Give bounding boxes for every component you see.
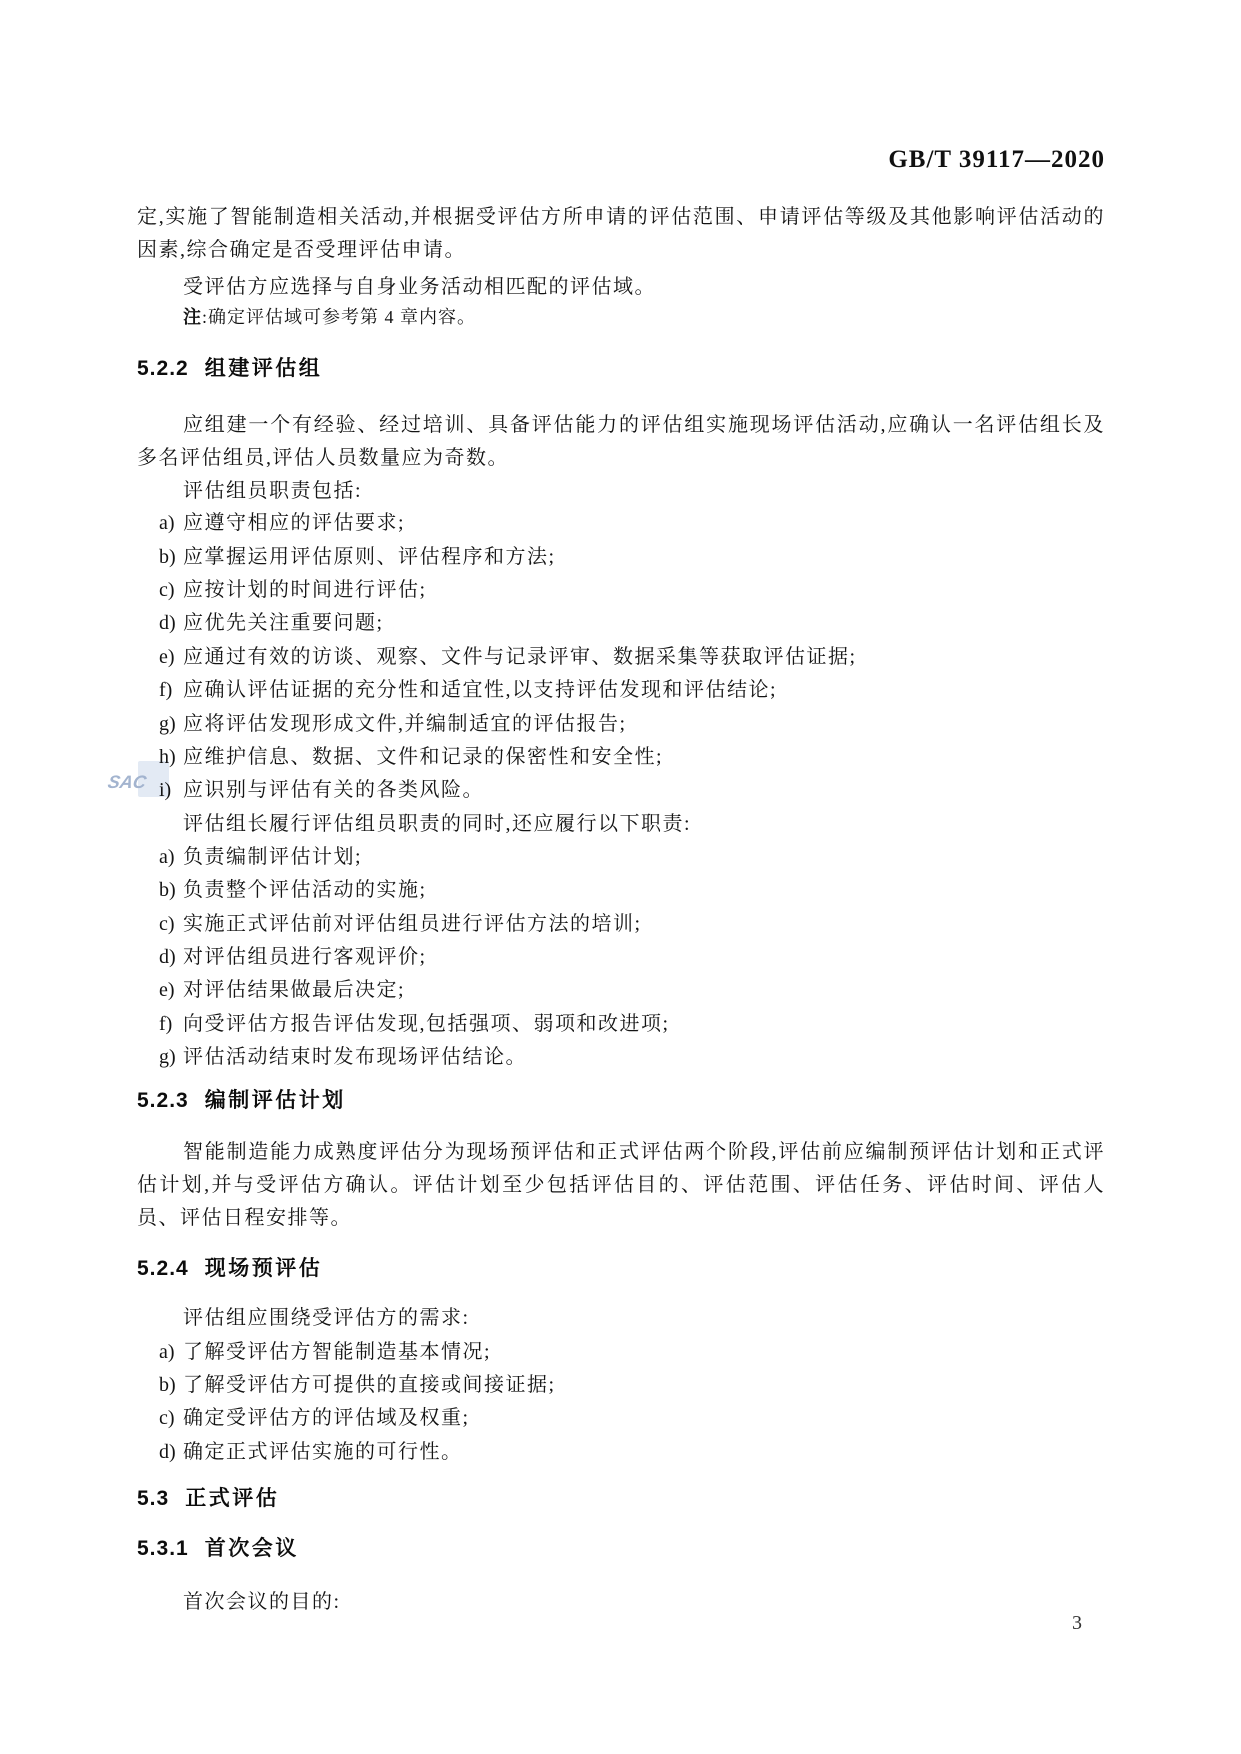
list-item: b)应掌握运用评估原则、评估程序和方法;	[137, 541, 1127, 574]
list-item: a)了解受评估方智能制造基本情况;	[137, 1336, 1127, 1369]
note-label: 注	[183, 307, 202, 327]
list-marker: b)	[159, 1369, 183, 1402]
list-marker: d)	[159, 941, 183, 974]
list-item: d)对评估组员进行客观评价;	[137, 941, 1127, 974]
list-text: 确定受评估方的评估域及权重;	[183, 1407, 470, 1429]
section-heading-5-3: 5.3正式评估	[137, 1484, 1105, 1514]
list-text: 实施正式评估前对评估组员进行评估方法的培训;	[183, 913, 642, 935]
section-number: 5.3.1	[137, 1537, 189, 1560]
list-item: f)向受评估方报告评估发现,包括强项、弱项和改进项;	[137, 1008, 1127, 1041]
list-item: c)实施正式评估前对评估组员进行评估方法的培训;	[137, 908, 1127, 941]
list-text: 应识别与评估有关的各类风险。	[183, 779, 484, 801]
list-item: g)评估活动结束时发布现场评估结论。	[137, 1041, 1127, 1074]
list-marker: h)	[159, 741, 183, 774]
section-number: 5.3	[137, 1487, 169, 1510]
list-marker: f)	[159, 674, 183, 707]
paragraph-leader-duties-intro: 评估组长履行评估组员职责的同时,还应履行以下职责:	[137, 808, 1105, 841]
section-heading-5-2-3: 5.2.3编制评估计划	[137, 1086, 1105, 1116]
list-marker: a)	[159, 841, 183, 874]
list-item: c)应按计划的时间进行评估;	[137, 574, 1127, 607]
list-marker: a)	[159, 507, 183, 540]
section-title: 编制评估计划	[205, 1089, 346, 1112]
list-marker: d)	[159, 607, 183, 640]
paragraph-assessment-team: 应组建一个有经验、经过培训、具备评估能力的评估组实施现场评估活动,应确认一名评估…	[137, 409, 1105, 475]
document-page: GB/T 39117—2020 SAC 定,实施了智能制造相关活动,并根据受评估…	[0, 0, 1241, 1754]
list-text: 应优先关注重要问题;	[183, 612, 384, 634]
list-text: 应将评估发现形成文件,并编制适宜的评估报告;	[183, 713, 627, 735]
paragraph-member-duties-intro: 评估组员职责包括:	[137, 475, 1105, 508]
section-title: 现场预评估	[205, 1257, 323, 1280]
list-marker: g)	[159, 1041, 183, 1074]
list-item: a)应遵守相应的评估要求;	[137, 507, 1127, 540]
list-marker: a)	[159, 1336, 183, 1369]
section-number: 5.2.2	[137, 357, 189, 380]
list-item: h)应维护信息、数据、文件和记录的保密性和安全性;	[137, 741, 1127, 774]
section-number: 5.2.4	[137, 1257, 189, 1280]
list-marker: f)	[159, 1008, 183, 1041]
page-number: 3	[1072, 1612, 1082, 1635]
list-text: 应按计划的时间进行评估;	[183, 579, 427, 601]
list-item: b)负责整个评估活动的实施;	[137, 874, 1127, 907]
list-marker: g)	[159, 708, 183, 741]
list-text: 向受评估方报告评估发现,包括强项、弱项和改进项;	[183, 1013, 670, 1035]
list-text: 评估活动结束时发布现场评估结论。	[183, 1046, 527, 1068]
paragraph-intro-continued: 定,实施了智能制造相关活动,并根据受评估方所申请的评估范围、申请评估等级及其他影…	[137, 201, 1105, 267]
list-marker: b)	[159, 874, 183, 907]
section-heading-5-2-2: 5.2.2组建评估组	[137, 354, 1105, 384]
list-marker: c)	[159, 1402, 183, 1435]
standard-code-header: GB/T 39117—2020	[888, 146, 1105, 174]
section-title: 正式评估	[185, 1487, 279, 1510]
list-text: 应遵守相应的评估要求;	[183, 512, 405, 534]
list-item: f)应确认评估证据的充分性和适宜性,以支持评估发现和评估结论;	[137, 674, 1127, 707]
list-text: 了解受评估方可提供的直接或间接证据;	[183, 1374, 556, 1396]
list-item: c)确定受评估方的评估域及权重;	[137, 1402, 1127, 1435]
list-item: d)应优先关注重要问题;	[137, 607, 1127, 640]
section-heading-5-3-1: 5.3.1首次会议	[137, 1534, 1105, 1564]
list-text: 负责整个评估活动的实施;	[183, 879, 427, 901]
section-number: 5.2.3	[137, 1089, 189, 1112]
paragraph-first-meeting-intro: 首次会议的目的:	[137, 1586, 1105, 1619]
list-marker: b)	[159, 541, 183, 574]
note-text: :确定评估域可参考第 4 章内容。	[202, 307, 476, 327]
paragraph-select-domain: 受评估方应选择与自身业务活动相匹配的评估域。	[137, 271, 1105, 304]
section-title: 组建评估组	[205, 357, 323, 380]
list-item: d)确定正式评估实施的可行性。	[137, 1436, 1127, 1469]
list-item: e)对评估结果做最后决定;	[137, 974, 1127, 1007]
list-text: 对评估结果做最后决定;	[183, 979, 405, 1001]
paragraph-assessment-plan: 智能制造能力成熟度评估分为现场预评估和正式评估两个阶段,评估前应编制预评估计划和…	[137, 1136, 1105, 1235]
list-marker: e)	[159, 974, 183, 1007]
note: 注:确定评估域可参考第 4 章内容。	[137, 304, 1151, 330]
list-text: 了解受评估方智能制造基本情况;	[183, 1341, 491, 1363]
list-marker: d)	[159, 1436, 183, 1469]
list-marker: c)	[159, 574, 183, 607]
list-item: i)应识别与评估有关的各类风险。	[137, 774, 1127, 807]
section-title: 首次会议	[205, 1537, 299, 1560]
list-text: 确定正式评估实施的可行性。	[183, 1441, 463, 1463]
list-marker: i)	[159, 774, 183, 807]
section-heading-5-2-4: 5.2.4现场预评估	[137, 1254, 1105, 1284]
list-item: a)负责编制评估计划;	[137, 841, 1127, 874]
list-text: 负责编制评估计划;	[183, 846, 362, 868]
list-text: 应通过有效的访谈、观察、文件与记录评审、数据采集等获取评估证据;	[183, 646, 857, 668]
list-text: 对评估组员进行客观评价;	[183, 946, 427, 968]
list-marker: c)	[159, 908, 183, 941]
list-text: 应掌握运用评估原则、评估程序和方法;	[183, 546, 556, 568]
list-item: b)了解受评估方可提供的直接或间接证据;	[137, 1369, 1127, 1402]
list-marker: e)	[159, 641, 183, 674]
paragraph-pre-assessment-intro: 评估组应围绕受评估方的需求:	[137, 1302, 1105, 1335]
list-text: 应维护信息、数据、文件和记录的保密性和安全性;	[183, 746, 663, 768]
list-item: e)应通过有效的访谈、观察、文件与记录评审、数据采集等获取评估证据;	[137, 641, 1127, 674]
list-text: 应确认评估证据的充分性和适宜性,以支持评估发现和评估结论;	[183, 679, 777, 701]
list-item: g)应将评估发现形成文件,并编制适宜的评估报告;	[137, 708, 1127, 741]
